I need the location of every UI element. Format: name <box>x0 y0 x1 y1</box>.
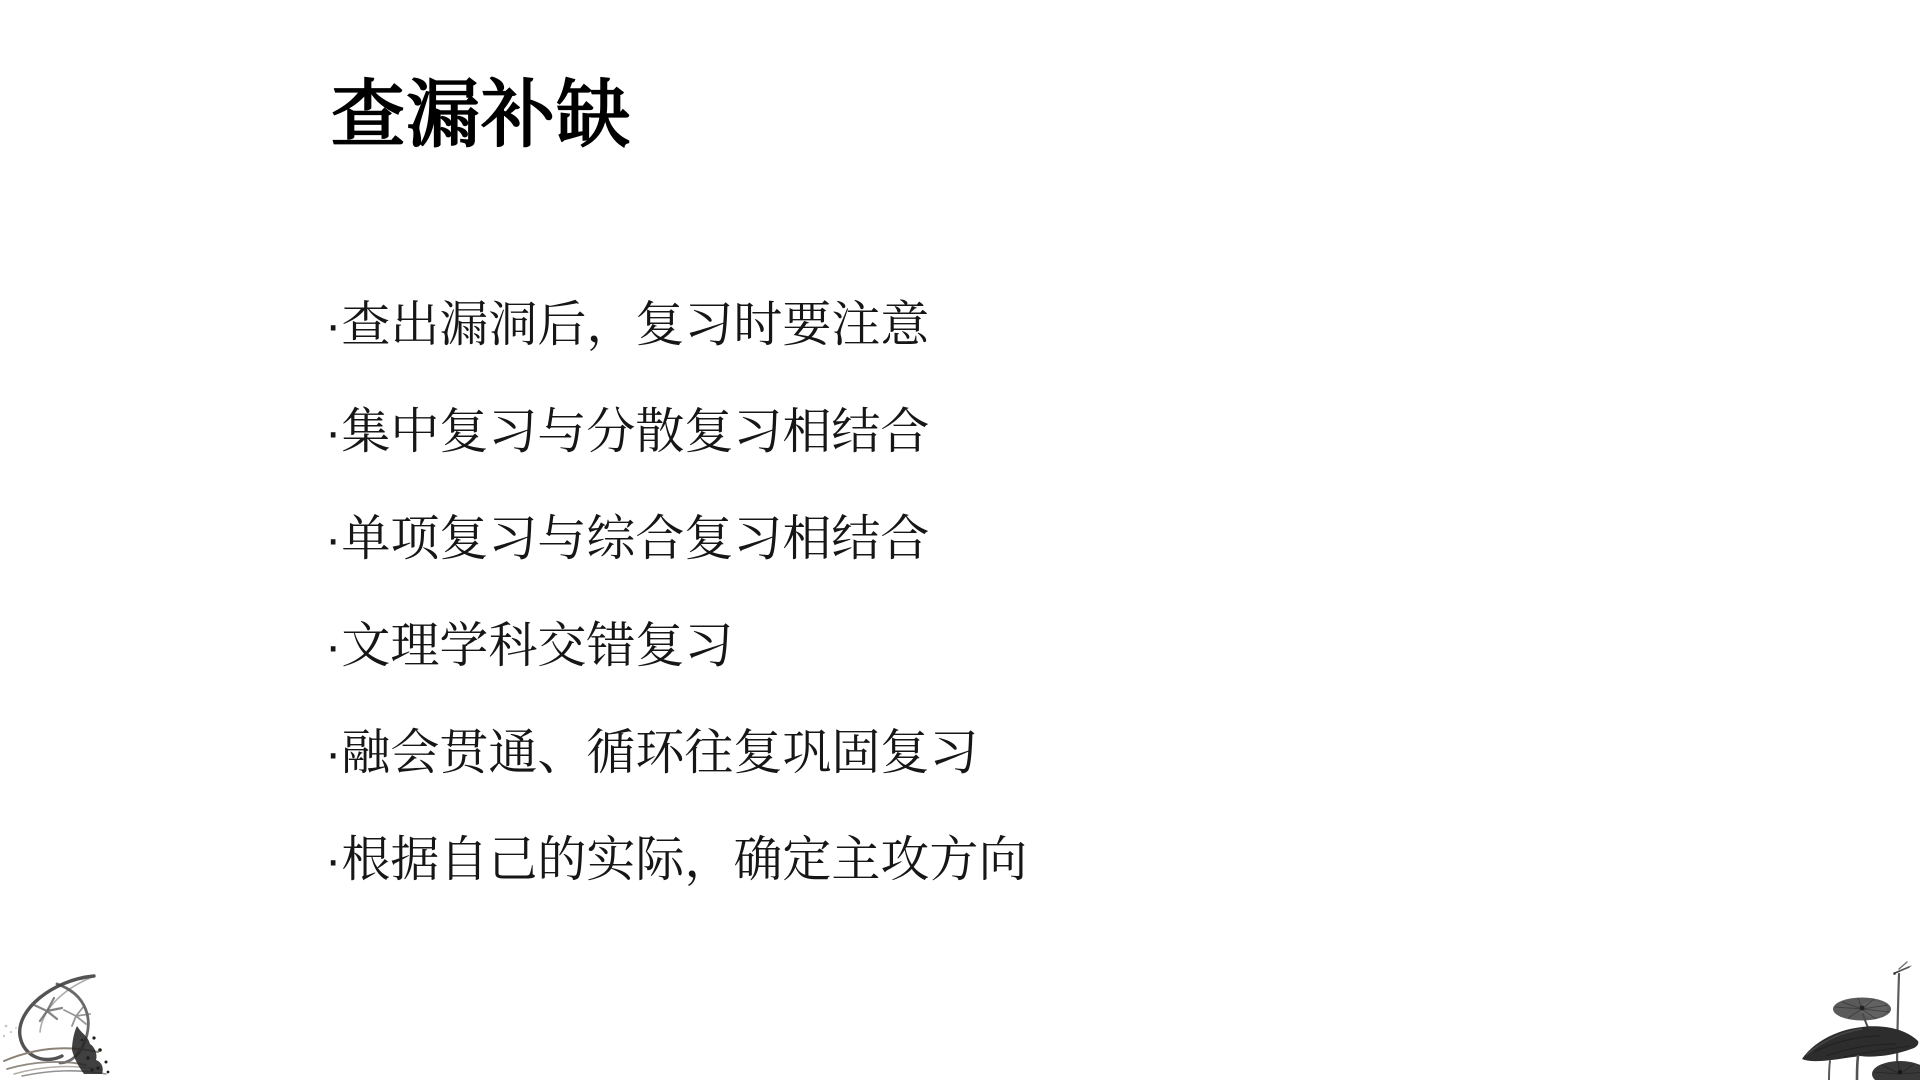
orchid-ink-decoration <box>2 966 120 1078</box>
lotus-ink-icon <box>1800 960 1920 1080</box>
bullet-item: ·单项复习与综合复习相结合 <box>325 486 1027 593</box>
lotus-ink-decoration <box>1800 960 1920 1080</box>
bullet-item: ·融会贯通、循环往复巩固复习 <box>325 700 1027 807</box>
bullet-item: ·文理学科交错复习 <box>325 593 1027 700</box>
bullet-item: ·根据自己的实际，确定主攻方向 <box>325 807 1027 914</box>
dragonfly-icon <box>1893 962 1911 975</box>
slide: 查漏补缺 ·查出漏洞后，复习时要注意 ·集中复习与分散复习相结合 ·单项复习与综… <box>0 0 1920 1080</box>
bullet-list: ·查出漏洞后，复习时要注意 ·集中复习与分散复习相结合 ·单项复习与综合复习相结… <box>325 272 1027 914</box>
slide-title: 查漏补缺 <box>331 78 631 152</box>
orchid-ink-icon <box>2 966 120 1078</box>
bullet-item: ·查出漏洞后，复习时要注意 <box>325 272 1027 379</box>
bullet-item: ·集中复习与分散复习相结合 <box>325 379 1027 486</box>
